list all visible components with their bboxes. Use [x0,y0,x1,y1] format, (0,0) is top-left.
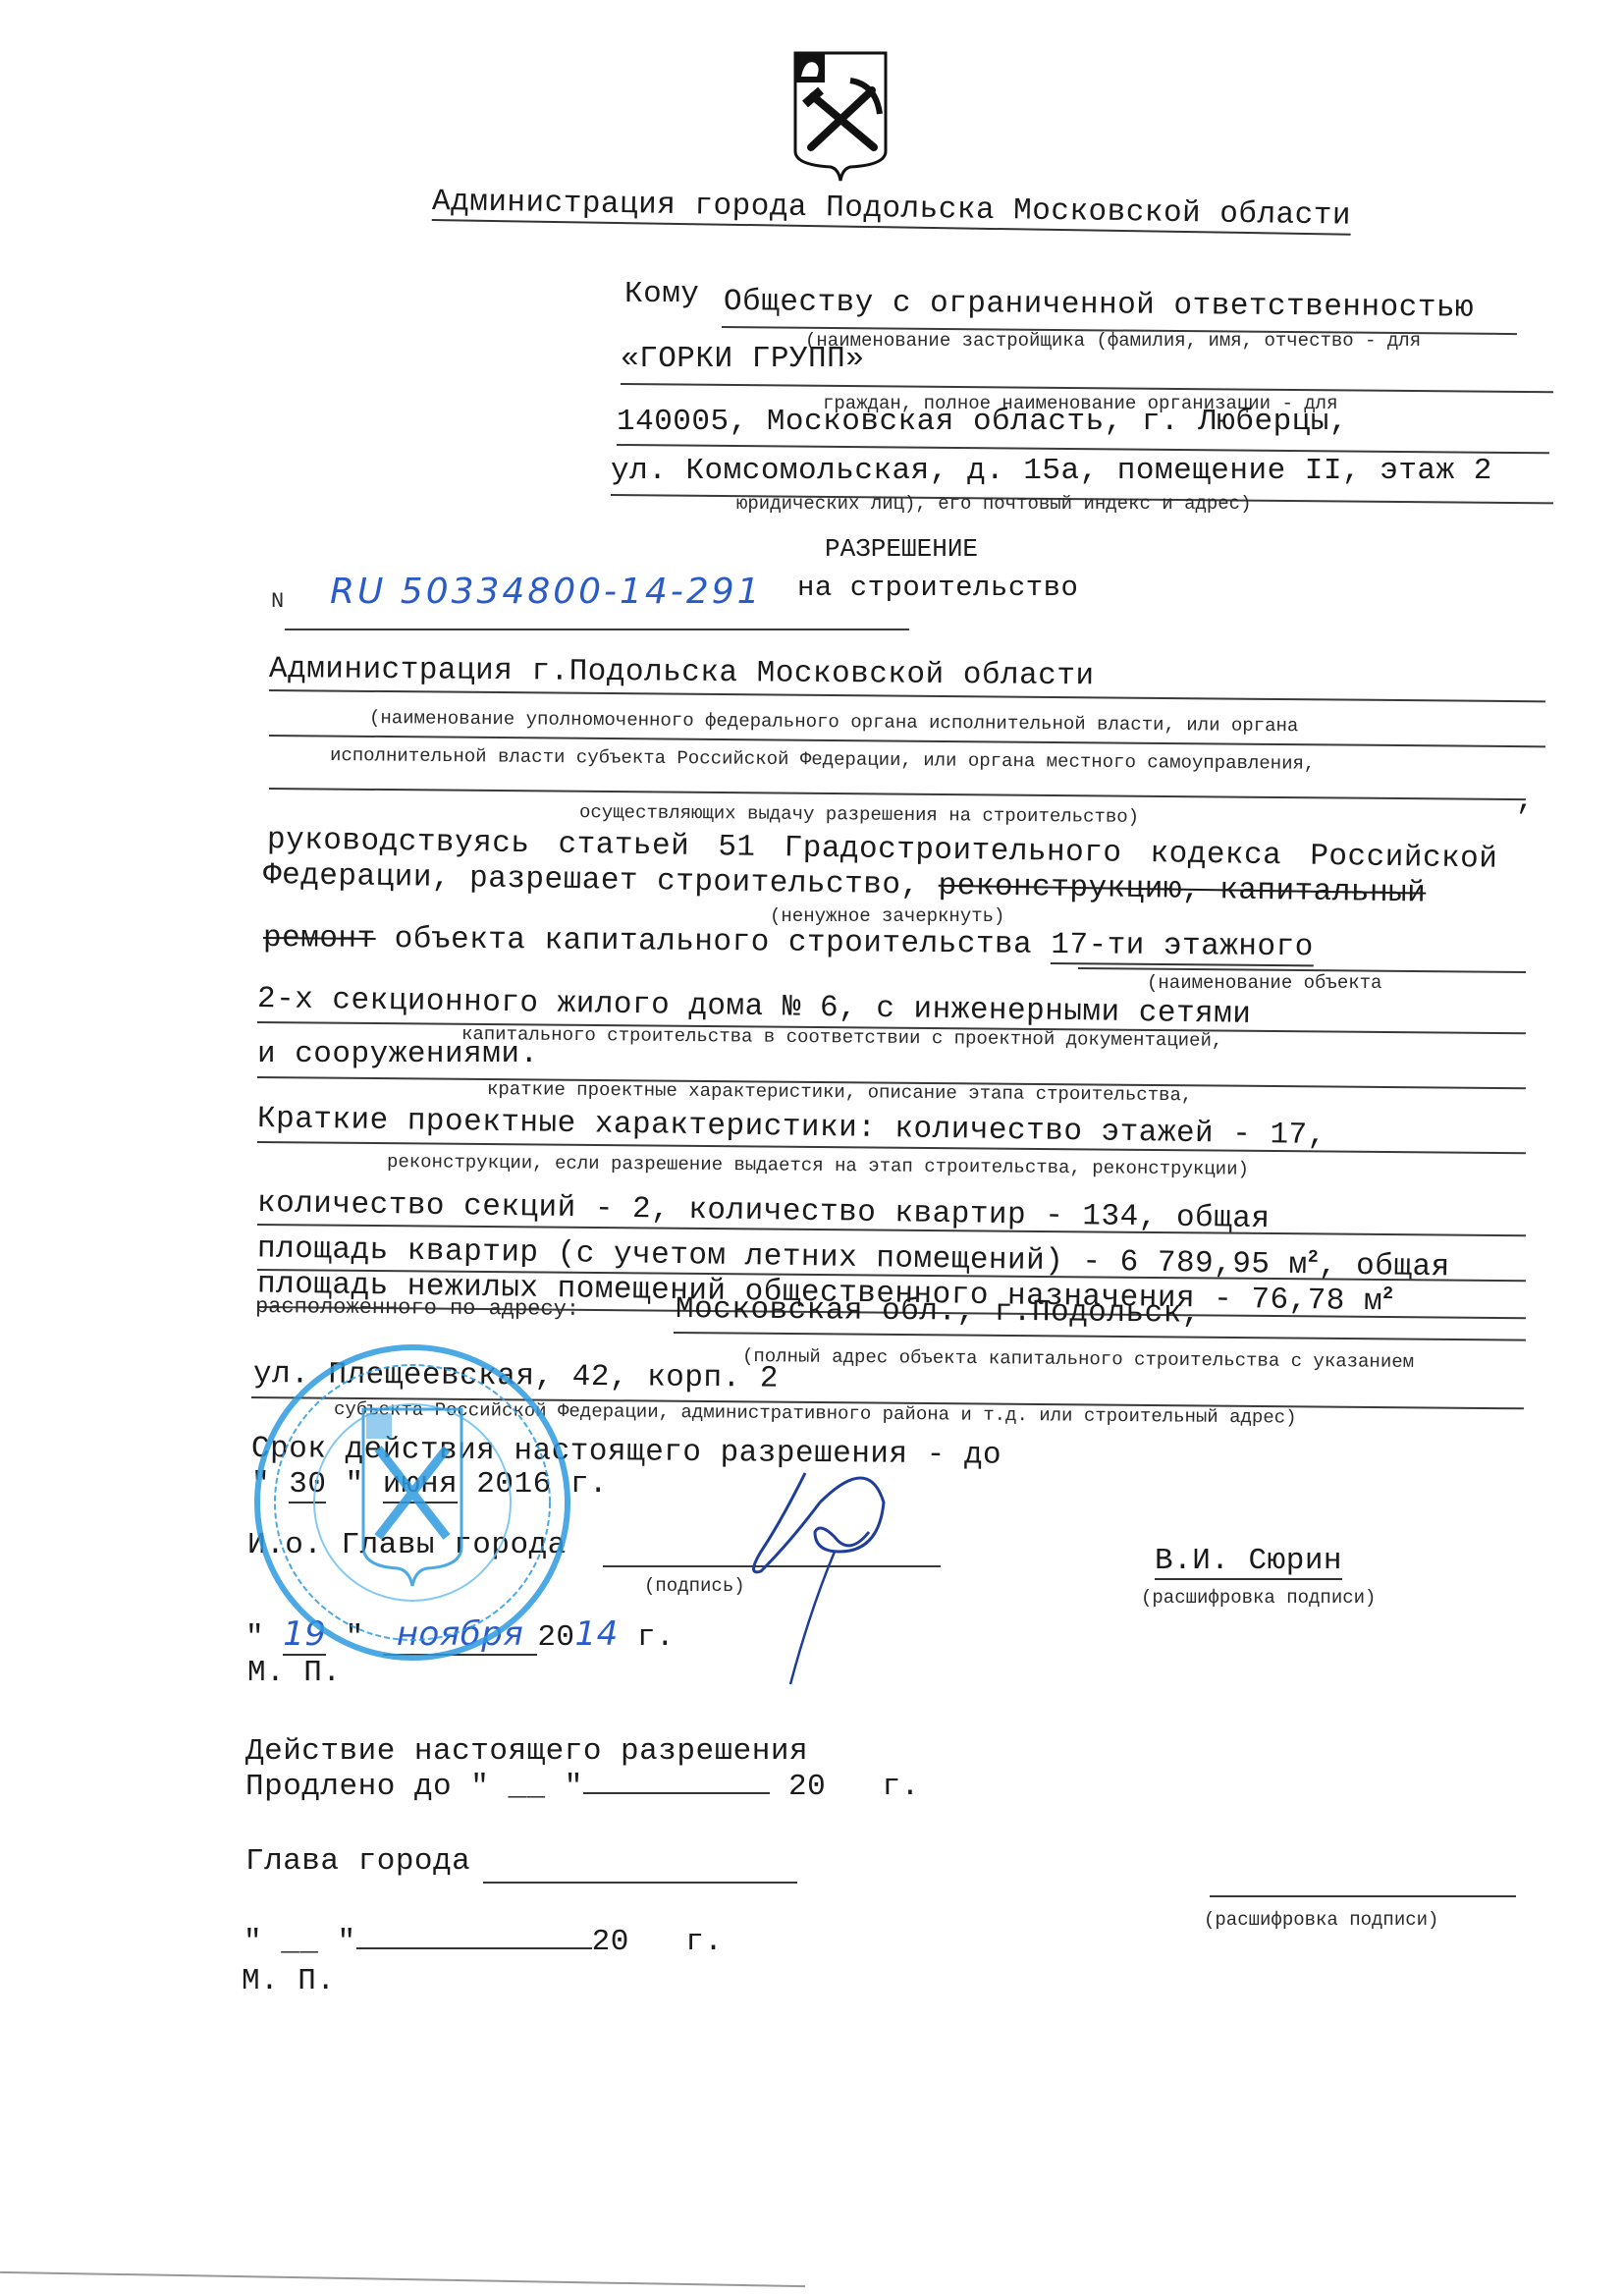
signatory-name: В.И. Сюрин [1155,1544,1342,1580]
strike-hint: (ненужное зачеркнуть) [770,905,1004,927]
body-line-5: и сооружениями. [257,1037,539,1071]
quote: " [565,1770,583,1804]
address-line-1: Московская обл., г.Подольск, [676,1292,1201,1332]
signing-year-hand: 14 [575,1614,619,1654]
extension-month-blank [583,1792,770,1794]
signatory-name-hint: (расшифровка подписи) [1141,1587,1376,1609]
address-label: расположенного по адресу: [255,1294,579,1322]
recipient-hint-3: юридических лиц), его почтовый индекс и … [736,493,1252,515]
recipient-hint-1: (наименование застройщика (фамилия, имя,… [805,330,1421,352]
document-subtitle: на строительство [797,572,1078,604]
extension-year: 20 [788,1770,826,1804]
permit-document: Администрация города Подольска Московско… [0,0,1624,2296]
quote: " [338,1925,356,1959]
extension-date: " __ "20 г. [244,1925,723,1959]
object-floors-value: 17-ти этажного [1051,928,1314,966]
struck-reconstruction: реконструкцию, капитальный [938,869,1426,911]
year-suffix: г. [637,1620,675,1655]
recipient-line-4: ул. Комсомольская, д. 15а, помещение II,… [611,454,1492,488]
address-hint-1: (полный адрес объекта капитального строи… [742,1345,1414,1373]
issuer-hint-3: осуществляющих выдачу разрешения на стро… [579,801,1139,828]
struck-repair: ремонт [263,921,376,957]
issuing-organization: Администрация города Подольска Московско… [432,185,1352,236]
handwritten-signature-icon [722,1463,938,1689]
extension-line-1: Действие настоящего разрешения [245,1734,808,1769]
issuer-comma: , [1516,784,1535,818]
body-line-3-text: объекта капитального строительства [395,922,1033,962]
extension-date-month-blank [356,1947,592,1949]
quote: " [244,1925,262,1959]
issuer-hint-1: (наименование уполномоченного федерально… [369,707,1299,737]
extension-line-2: Продлено до " __ " 20 г. [245,1770,920,1804]
extension-date-day-blank: __ [281,1925,318,1959]
object-hint-4: реконструкции, если разрешение выдается … [387,1151,1249,1180]
recipient-line-2: «ГОРКИ ГРУПП» [621,342,864,376]
extension-date-year: 20 [592,1925,629,1959]
extension-seal-label: М. П. [242,1964,336,1998]
extension-day-blank: __ [508,1770,545,1804]
extension-name-hint: (расшифровка подписи) [1204,1909,1438,1931]
year-suffix: г. [685,1925,723,1959]
permit-number: RU 50334800-14-291 [330,572,763,612]
year-suffix: г. [570,1467,608,1502]
head-of-city-label: Глава города [245,1844,470,1879]
recipient-line-1: Обществу с ограниченной ответственностью [724,285,1474,326]
issuer-name: Администрация г.Подольска Московской обл… [269,652,1095,693]
issuer-hint-2: исполнительной власти субъекта Российско… [330,744,1316,775]
recipient-line-3: 140005, Московская область, г. Люберцы, [617,405,1348,439]
document-title: РАЗРЕШЕНИЕ [825,534,978,564]
scan-edge [0,2271,805,2287]
object-hint-1: (наименование объекта [1147,972,1381,994]
recipient-label: Кому [624,277,699,311]
extension-label: Продлено до " [245,1770,489,1804]
object-hint-3: краткие проектные характеристики, описан… [487,1078,1192,1106]
coat-of-arms-icon [791,49,890,187]
superscript: 2 [1382,1285,1394,1304]
superscript: 2 [1308,1248,1320,1268]
official-seal-icon [250,1340,574,1665]
year-suffix: г. [883,1770,920,1804]
permit-number-label: N [271,589,284,614]
